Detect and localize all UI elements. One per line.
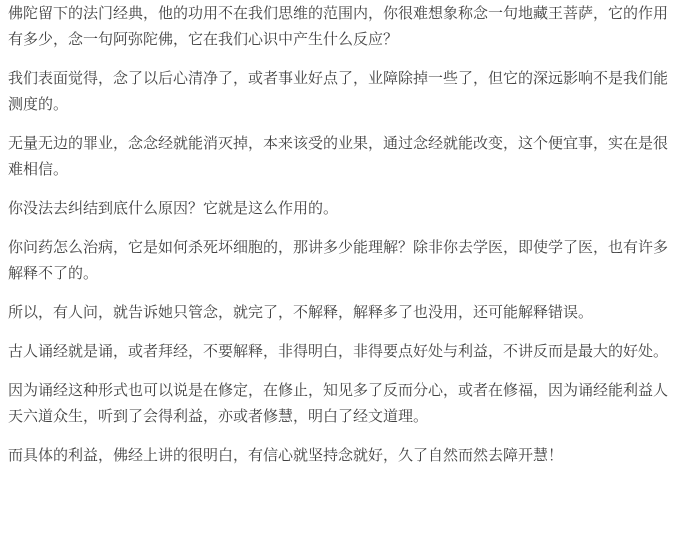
paragraph-8: 因为诵经这种形式也可以说是在修定，在修止，知见多了反而分心，或者在修福，因为诵经… [8,378,670,430]
paragraph-6: 所以，有人问，就告诉她只管念，就完了，不解释，解释多了也没用，还可能解释错误。 [8,300,670,326]
paragraph-5: 你问药怎么治病，它是如何杀死坏细胞的，那讲多少能理解？除非你去学医，即使学了医，… [8,235,670,287]
paragraph-7: 古人诵经就是诵，或者拜经，不要解释，非得明白，非得要点好处与利益，不讲反而是最大… [8,339,670,365]
paragraph-9: 而具体的利益，佛经上讲的很明白，有信心就坚持念就好，久了自然而然去障开慧！ [8,443,670,469]
document-page: 佛陀留下的法门经典，他的功用不在我们思维的范围内，你很难想象称念一句地藏王菩萨，… [0,0,678,535]
article-body: 佛陀留下的法门经典，他的功用不在我们思维的范围内，你很难想象称念一句地藏王菩萨，… [8,0,670,469]
paragraph-3: 无量无边的罪业，念念经就能消灭掉，本来该受的业果，通过念经就能改变，这个便宜事，… [8,131,670,183]
paragraph-1: 佛陀留下的法门经典，他的功用不在我们思维的范围内，你很难想象称念一句地藏王菩萨，… [8,0,670,53]
paragraph-2: 我们表面觉得，念了以后心清净了，或者事业好点了，业障除掉一些了，但它的深远影响不… [8,66,670,118]
paragraph-4: 你没法去纠结到底什么原因？它就是这么作用的。 [8,196,670,222]
